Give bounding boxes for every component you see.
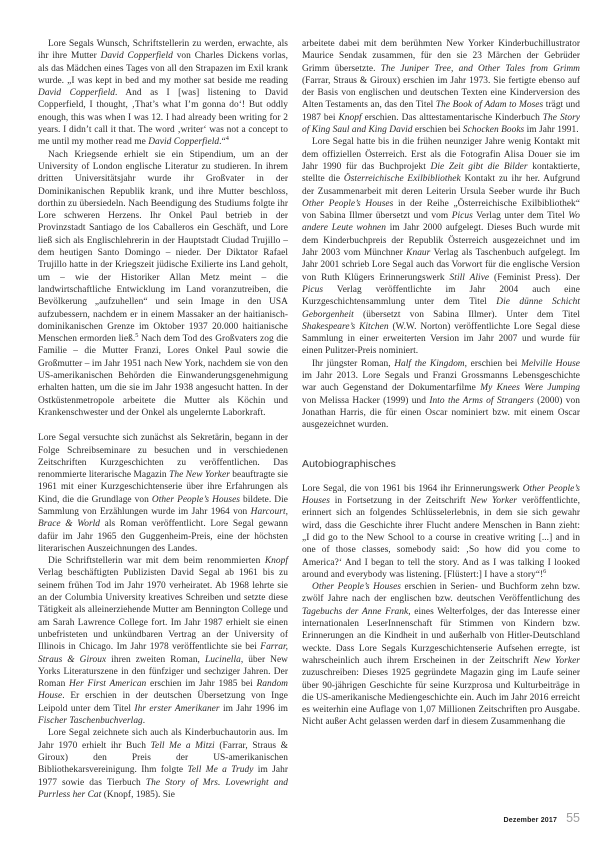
paragraph: Lore Segal, die von 1961 bis 1964 ihr Er… — [302, 483, 580, 581]
footer-issue-date: Dezember 2017 — [504, 817, 558, 824]
italic-text-run: My Knees Were Jumping — [480, 383, 580, 393]
italic-text-run: Knopf — [338, 113, 361, 123]
italic-text-run: Knaur — [406, 248, 430, 258]
text-run: erschien bei — [412, 125, 462, 135]
text-run: (übersetzt von Sabina Illmer). Unter dem… — [354, 310, 580, 320]
paragraph: arbeitete dabei mit dem berühmten New Yo… — [302, 38, 580, 136]
text-run: Verlag beschäftigten Publizisten David S… — [38, 568, 288, 652]
text-run: in Fortsetzung in der Zeitschrift — [330, 496, 470, 506]
text-run: , erschien bei — [465, 359, 521, 369]
text-run: im Jahr 1991. — [524, 125, 578, 135]
paragraph: Other People’s Houses erschien in Serien… — [302, 581, 580, 729]
italic-text-run: Other People’s Houses — [312, 582, 401, 592]
italic-text-run: Picus — [302, 285, 323, 295]
italic-text-run: The Juniper Tree, and Other Tales from G… — [381, 64, 580, 74]
text-run: erschien im Jahr 1985 bei — [146, 679, 256, 689]
text-run: von Melissa Hacker (1999) und — [302, 396, 429, 406]
italic-text-run: Tagebuchs der Anne Frank — [302, 607, 408, 617]
footnote-reference: 6 — [543, 568, 546, 575]
right-column: arbeitete dabei mit dem berühmten New Yo… — [302, 38, 580, 729]
text-run: .“ — [219, 137, 226, 147]
italic-text-run: Knopf — [265, 556, 288, 566]
italic-text-run: Other People’s Houses — [302, 199, 393, 209]
italic-text-run: Österreichische Exilbibliothek — [344, 174, 461, 184]
paragraph: Die Schriftstellerin war mit dem beim re… — [38, 555, 288, 727]
italic-text-run: The Book of Adam to Moses — [436, 100, 543, 110]
text-run: Nach Kriegsende erhielt sie ein Stipendi… — [38, 150, 288, 344]
paragraph: Lore Segal hatte bis in die frühen neunz… — [302, 136, 580, 357]
text-run: Die Schriftstellerin war mit dem beim re… — [48, 556, 265, 566]
section-heading: Autobiographisches — [302, 458, 580, 470]
paragraph: Lore Segals Wunsch, Schriftstellerin zu … — [38, 38, 288, 149]
italic-text-run: Die Zeit gibt die Bilder — [431, 162, 528, 172]
italic-text-run: Her First American — [69, 679, 146, 689]
document-page: Lore Segals Wunsch, Schriftstellerin zu … — [0, 0, 600, 849]
paragraph: Lore Segal versuchte sich zunächst als S… — [38, 432, 288, 555]
text-run: Nach dem Tod des Großvaters zog die Fami… — [38, 334, 288, 418]
italic-text-run: The New Yorker — [169, 470, 230, 480]
paragraph: Ihr jüngster Roman, Half the Kingdom, er… — [302, 358, 580, 432]
italic-text-run: Melville House — [521, 359, 580, 369]
text-run: erschien. Das alttestamentarische Kinder… — [362, 113, 543, 123]
text-run: ihren zweiten Roman, — [106, 655, 205, 665]
italic-text-run: Picus — [452, 211, 473, 221]
paragraph: Nach Kriegsende erhielt sie ein Stipendi… — [38, 149, 288, 420]
italic-text-run: David Copperfield — [148, 137, 219, 147]
italic-text-run: Ihr erster Amerikaner — [134, 704, 219, 714]
italic-text-run: Half the Kingdom — [394, 359, 464, 369]
italic-text-run: Other People’s Houses — [152, 495, 240, 505]
italic-text-run: Fischer Taschenbuchverlag — [38, 716, 143, 726]
italic-text-run: Lucinella — [205, 655, 241, 665]
text-run: Ihr jüngster Roman, — [312, 359, 394, 369]
text-run: (Feminist Press). Der — [489, 273, 580, 283]
paragraph: Lore Segal zeichnete sich auch als Kinde… — [38, 727, 288, 801]
text-run: Verlag unter dem Titel — [473, 211, 568, 221]
left-column: Lore Segals Wunsch, Schriftstellerin zu … — [38, 38, 288, 801]
italic-text-run: Tell Me a Trudy — [187, 765, 253, 775]
italic-text-run: New Yorker — [470, 496, 517, 506]
italic-text-run: David Copperfield — [38, 88, 115, 98]
page-footer: Dezember 2017 55 — [504, 811, 580, 825]
text-run: Lore Segal, die von 1961 bis 1964 ihr Er… — [302, 484, 523, 494]
footer-page-number: 55 — [566, 811, 580, 825]
text-run: veröffentlichte, erinnert sich an folgen… — [302, 496, 580, 580]
italic-text-run: David Copperfield — [101, 51, 173, 61]
text-run: . — [143, 716, 145, 726]
text-run: im Jahr 1996 im — [220, 704, 288, 714]
italic-text-run: Schocken Books — [463, 125, 524, 135]
italic-text-run: Shakespeare’s Kitchen — [302, 322, 389, 332]
italic-text-run: Tell Me a Mitzi — [151, 741, 215, 751]
text-run: (Knopf, 1985). Sie — [101, 790, 175, 800]
italic-text-run: New Yorker — [534, 656, 580, 666]
text-run: zuzuschreiben: Dieses 1925 gegründete Ma… — [302, 668, 580, 727]
footnote-reference: 4 — [226, 135, 229, 142]
italic-text-run: Into the Arms of Strangers — [429, 396, 533, 406]
italic-text-run: Still Alive — [450, 273, 490, 283]
